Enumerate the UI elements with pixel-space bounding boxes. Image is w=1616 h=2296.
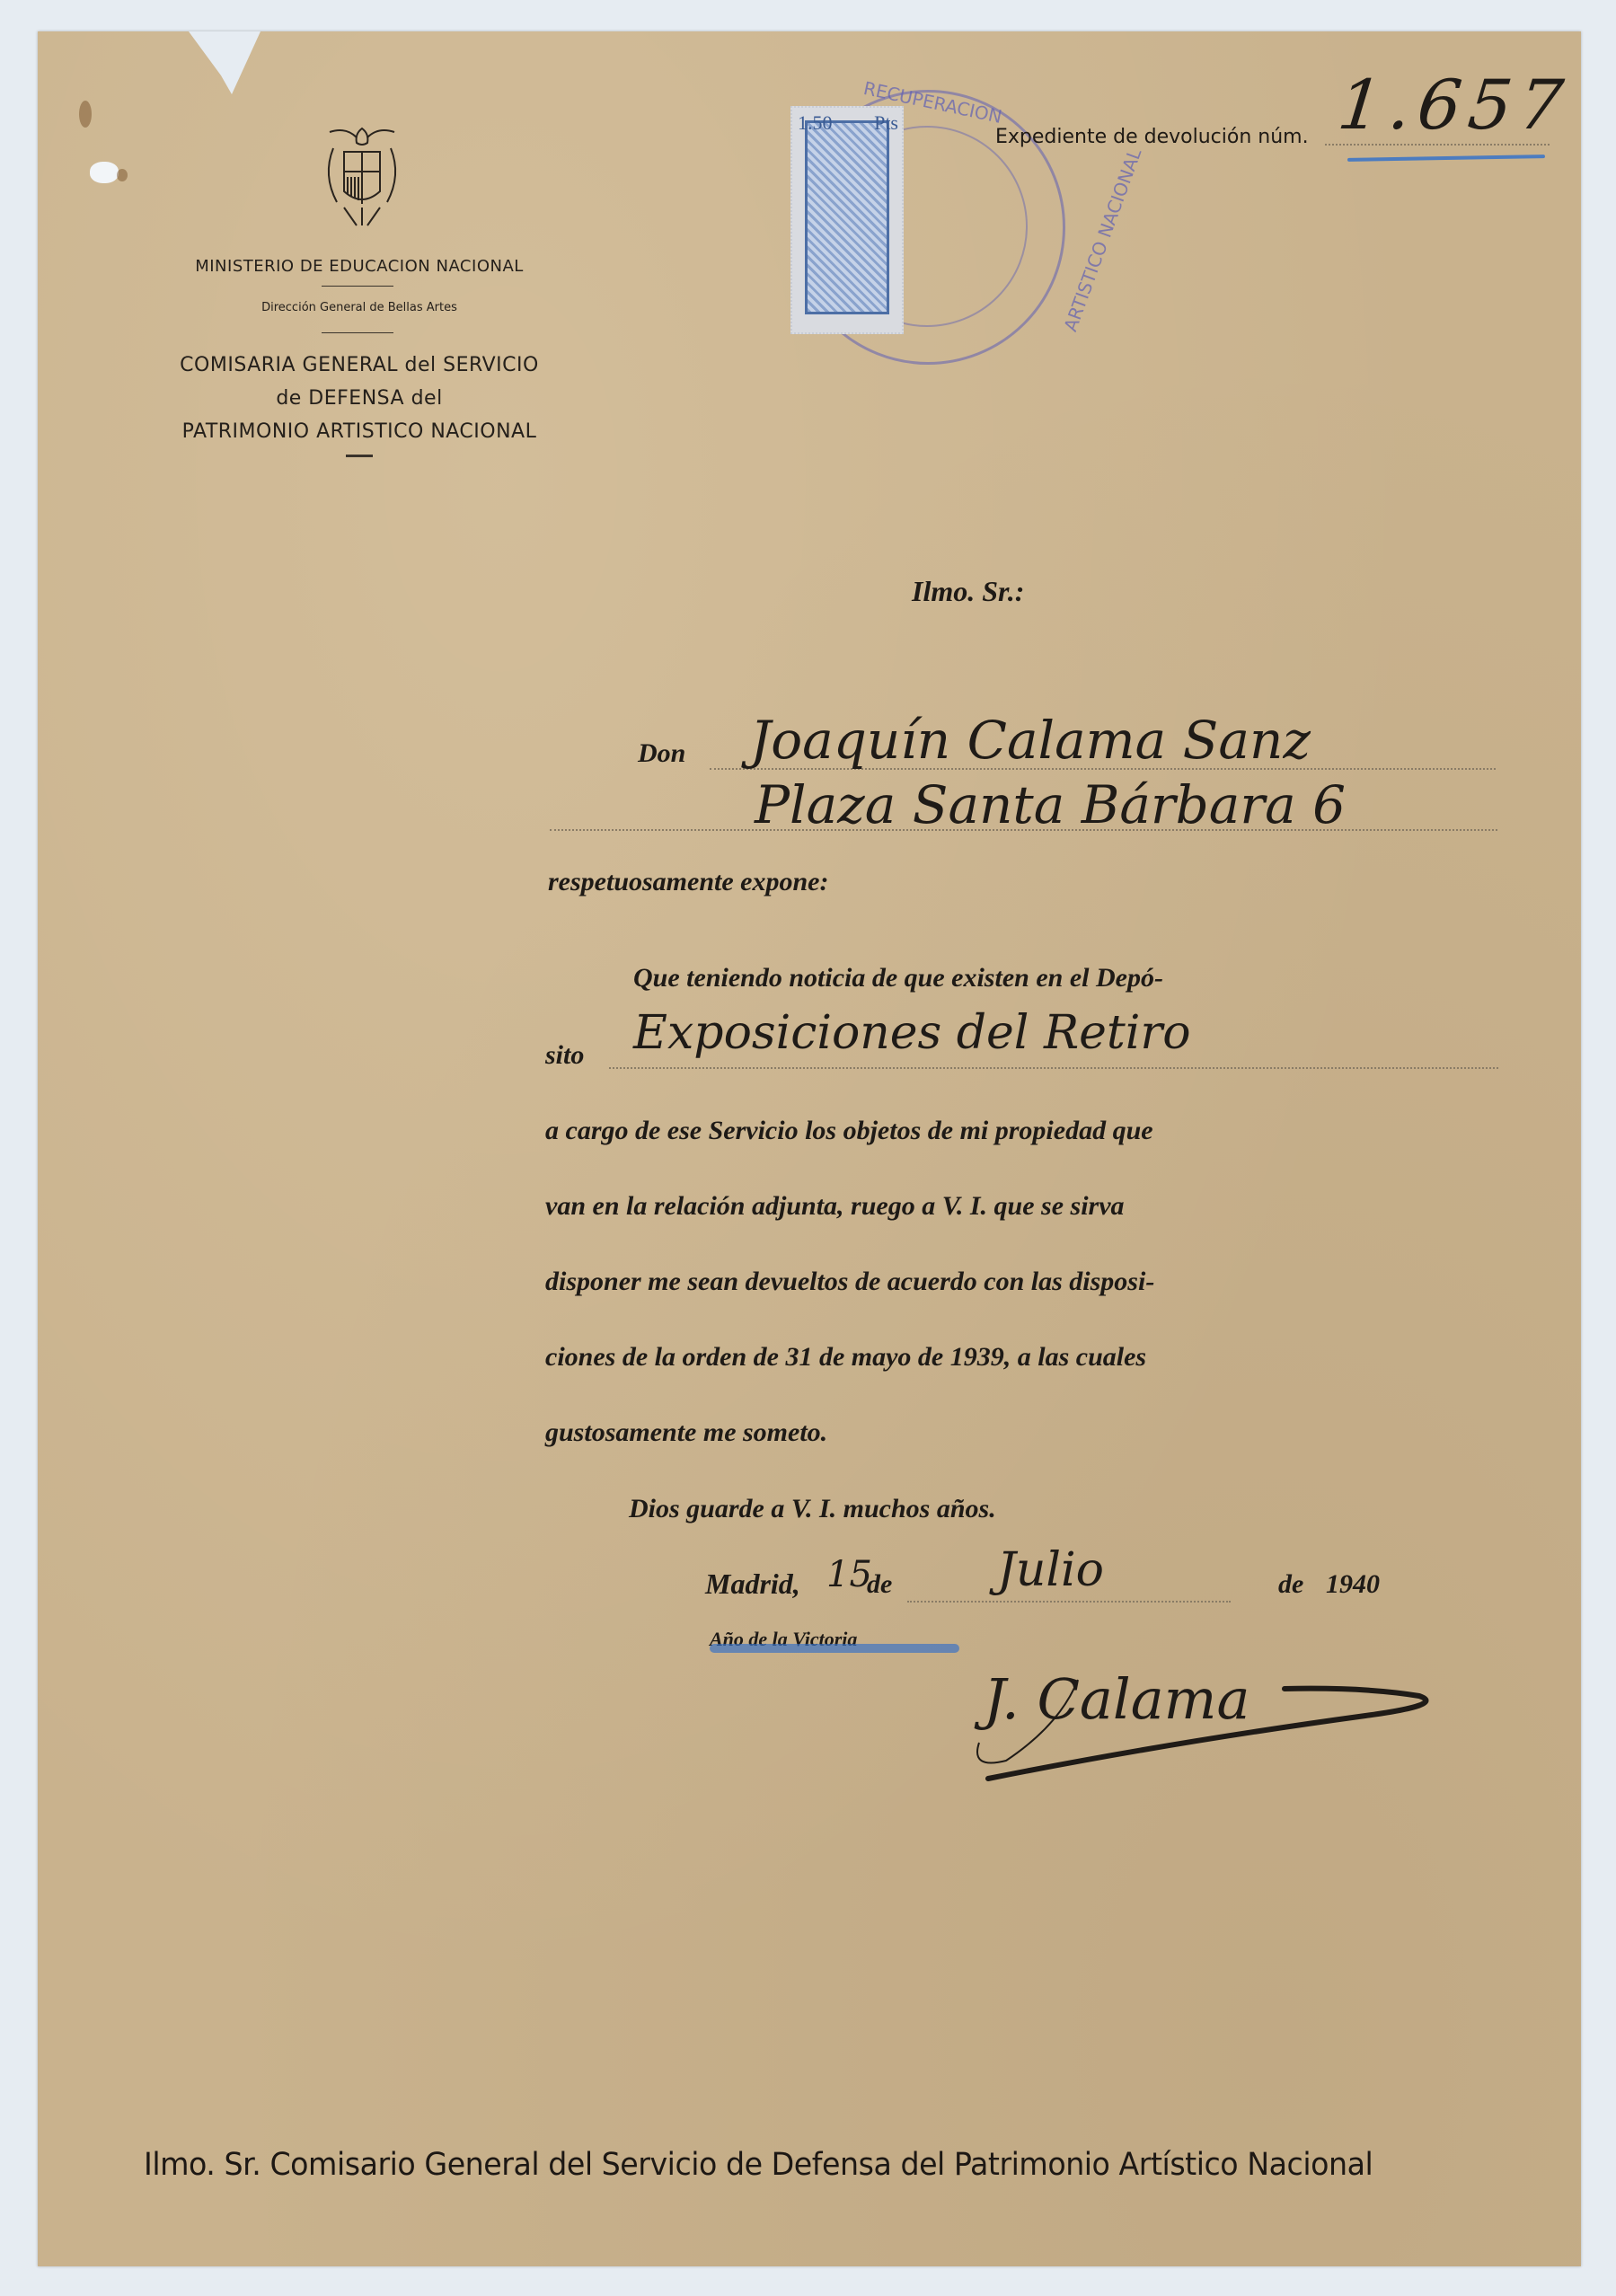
salutation: Ilmo. Sr.: — [912, 575, 1024, 608]
stamp-value: 1.50 — [798, 111, 833, 135]
ministry-title: MINISTERIO DE EDUCACION NACIONAL — [162, 257, 557, 276]
date-city: Madrid, — [705, 1567, 800, 1601]
dotted-line — [609, 1067, 1498, 1069]
addressee-footer: Ilmo. Sr. Comisario General del Servicio… — [144, 2147, 1373, 2183]
body-line: a cargo de ese Servicio los objetos de m… — [545, 1116, 1153, 1146]
commission-title: COMISARIA GENERAL del SERVICIO de DEFENS… — [162, 349, 557, 448]
file-number-label: Expediente de devolución núm. — [995, 126, 1309, 148]
date-de: de — [867, 1569, 892, 1600]
date-day: 15 — [826, 1554, 872, 1595]
body-line: ciones de la orden de 31 de mayo de 1939… — [545, 1342, 1146, 1373]
stamp-design — [805, 120, 889, 314]
date-month: Julio — [997, 1543, 1104, 1597]
ink-strikethrough — [710, 1644, 959, 1653]
revenue-stamp: 1.50 Pts — [790, 106, 904, 334]
paper-hole — [90, 162, 119, 183]
stamp-currency: Pts — [874, 111, 898, 135]
commission-line: COMISARIA GENERAL del SERVICIO — [162, 349, 557, 382]
divider — [346, 455, 373, 457]
dotted-line — [907, 1601, 1231, 1603]
body-line: van en la relación adjunta, ruego a V. I… — [545, 1191, 1125, 1222]
file-number: 1.657 — [1334, 65, 1574, 145]
commission-line: de DEFENSA del — [162, 382, 557, 415]
applicant-name: Joaquín Calama Sanz — [750, 710, 1311, 771]
date-year: 1940 — [1326, 1569, 1380, 1600]
coat-of-arms-icon — [321, 121, 403, 231]
date-de: de — [1278, 1569, 1303, 1600]
direction-title: Dirección General de Bellas Artes — [162, 301, 557, 314]
body-line: gustosamente me someto. — [545, 1417, 827, 1448]
body-line: sito — [545, 1040, 584, 1071]
applicant-address: Plaza Santa Bárbara 6 — [755, 774, 1346, 835]
don-label: Don — [638, 738, 685, 769]
commission-line: PATRIMONIO ARTISTICO NACIONAL — [162, 415, 557, 448]
stain — [79, 101, 92, 128]
closing-text: Dios guarde a V. I. muchos años. — [629, 1494, 996, 1524]
divider — [322, 286, 393, 287]
divider — [322, 332, 393, 333]
body-line: Que teniendo noticia de que existen en e… — [633, 963, 1163, 993]
body-line: disponer me sean devueltos de acuerdo co… — [545, 1267, 1154, 1297]
signature-flourish — [961, 1671, 1464, 1797]
stain — [117, 169, 128, 181]
deposit-name: Exposiciones del Retiro — [633, 1006, 1191, 1060]
expone-text: respetuosamente expone: — [548, 867, 828, 897]
